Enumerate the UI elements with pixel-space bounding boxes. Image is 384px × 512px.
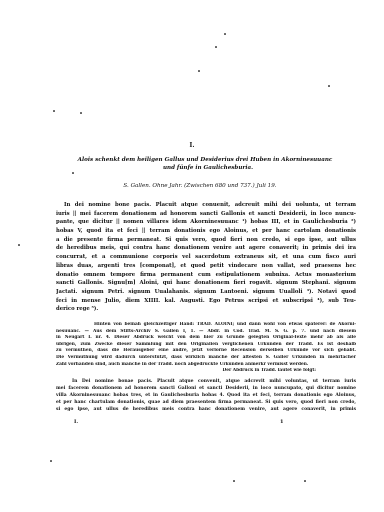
charter-line: Jactati. signum Petri. signum Uualahanis… — [56, 288, 356, 297]
document-dateline: S. Gallen. Ohne Jahr. (Zwischen 680 und … — [40, 183, 360, 189]
charter-line: sancti Gallonis. Signu[m] Aloini, qui ha… — [56, 279, 356, 288]
page-signature-right: 1 — [280, 419, 283, 425]
note-line: Der Abdruck in Tradd. lautet wie folgt: — [56, 368, 356, 375]
note-line: nesuuanc. — Aus dem Stifts-Archiv S. Gal… — [56, 329, 356, 336]
scan-speck — [233, 480, 235, 482]
recension-line: si ego ipse, aut ullus de heredibus meis… — [56, 406, 356, 413]
note-line: Zahl vorhanden sind, auch manche in der … — [56, 362, 356, 369]
recension-line: villa Akorninesuuanc hobas tres, et in G… — [56, 392, 356, 399]
scan-speck — [53, 110, 55, 112]
scan-speck — [304, 480, 306, 482]
charter-line: libras duas, argenti tres [componat], et… — [56, 262, 356, 271]
charter-line: derico rege ⁵). — [56, 305, 356, 314]
scan-speck — [72, 172, 74, 174]
charter-line: concurrat, et a communione corporis vel … — [56, 253, 356, 262]
charter-line: donatio omnem tempore firma permanent cu… — [56, 271, 356, 280]
note-line: Die Vermuthung wird dadurch unterstützt,… — [56, 355, 356, 362]
charter-line: hobas V, quod ita et feci || terram dona… — [56, 227, 356, 236]
scan-speck — [18, 244, 20, 246]
note-line: übrigen, zum Zwecke dieser Sammlung mit … — [56, 342, 356, 349]
scanned-document-page: I. Alois schenkt dem heiligen Gallus und… — [0, 0, 384, 512]
document-number: I. — [0, 142, 384, 149]
scan-speck — [328, 85, 330, 87]
document-title-line-1: Alois schenkt dem heiligen Gallus und De… — [50, 156, 360, 164]
recension-line: et per hanc chartulam donationis, quae a… — [56, 399, 356, 406]
note-line: Hinten von beinah gleichzeitiger Hand: T… — [56, 322, 356, 329]
charter-line: de heredibus meis, qui contra hanc donat… — [56, 244, 356, 253]
signature-mark-left: I. — [74, 419, 78, 425]
recension-line: mei facerem donationem ad honorem sancti… — [56, 385, 356, 392]
charter-line: In dei nomine bone pacis. Placuit atque … — [56, 201, 356, 210]
scan-speck — [80, 112, 82, 114]
scan-speck — [198, 70, 200, 72]
scan-speck — [224, 33, 226, 35]
recension-line: In Dei nomine bonae pacis. Placuit atque… — [56, 378, 356, 385]
note-line: zu vermuthen, dass die Herausgeber eine … — [56, 348, 356, 355]
note-line: in Neugart I. nr. 4. Dieser Abdruck weic… — [56, 335, 356, 342]
scan-speck — [215, 46, 217, 48]
charter-line: iuris || mei facerem donationem ad honor… — [56, 210, 356, 219]
alternate-recension-text: In Dei nomine bonae pacis. Placuit atque… — [56, 378, 356, 413]
charter-line: feci in mense Julio, diem XIIII. kal. Au… — [56, 297, 356, 306]
charter-line: pante, que dicitur || nomen villares ide… — [56, 218, 356, 227]
document-title-line-2: und fünfe in Gaulichesburia. — [58, 164, 358, 172]
scan-speck — [50, 460, 52, 462]
editorial-notes: Hinten von beinah gleichzeitiger Hand: T… — [56, 322, 356, 375]
charter-text: In dei nomine bone pacis. Placuit atque … — [56, 201, 356, 314]
charter-line: a die presente firma permaneat. Si quis … — [56, 236, 356, 245]
